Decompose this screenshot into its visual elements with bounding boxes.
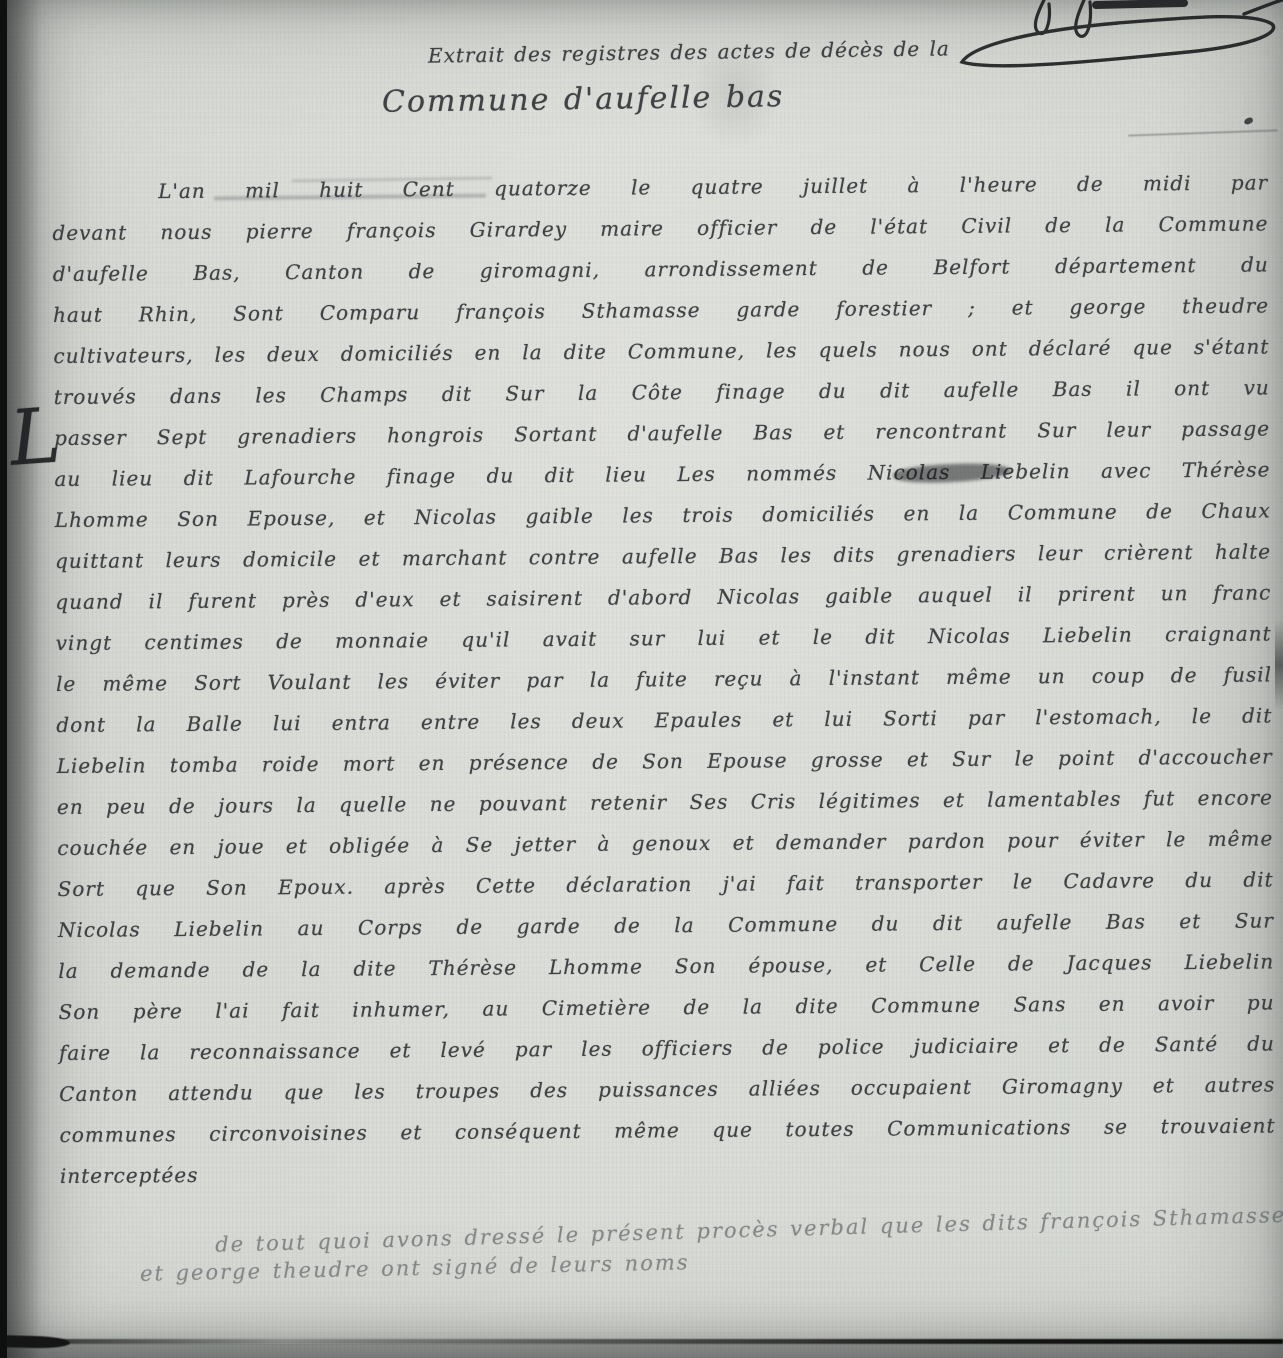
scanned-document-page: Extrait des registres des actes de décès… xyxy=(0,0,1283,1358)
scan-edge-streak xyxy=(1275,620,1283,710)
ink-paraph-flourish xyxy=(948,0,1283,95)
manuscript-body: L'an mil huit Cent quatorze le quatre ju… xyxy=(52,162,1276,1197)
manuscript-line: interceptées xyxy=(60,1146,1276,1197)
left-scan-edge-fade xyxy=(7,0,41,1358)
closing-line-1: de tout quoi avons dressé le présent pro… xyxy=(215,1203,1275,1257)
document-title-line-2: Commune d'aufelle bas xyxy=(382,79,785,120)
ink-dot xyxy=(1243,117,1254,126)
bottom-scan-edge-strip xyxy=(0,1344,1283,1358)
pencil-line-mark xyxy=(1128,129,1278,136)
document-title-line-1: Extrait des registres des actes de décès… xyxy=(428,36,950,67)
left-scan-edge xyxy=(0,0,7,1358)
